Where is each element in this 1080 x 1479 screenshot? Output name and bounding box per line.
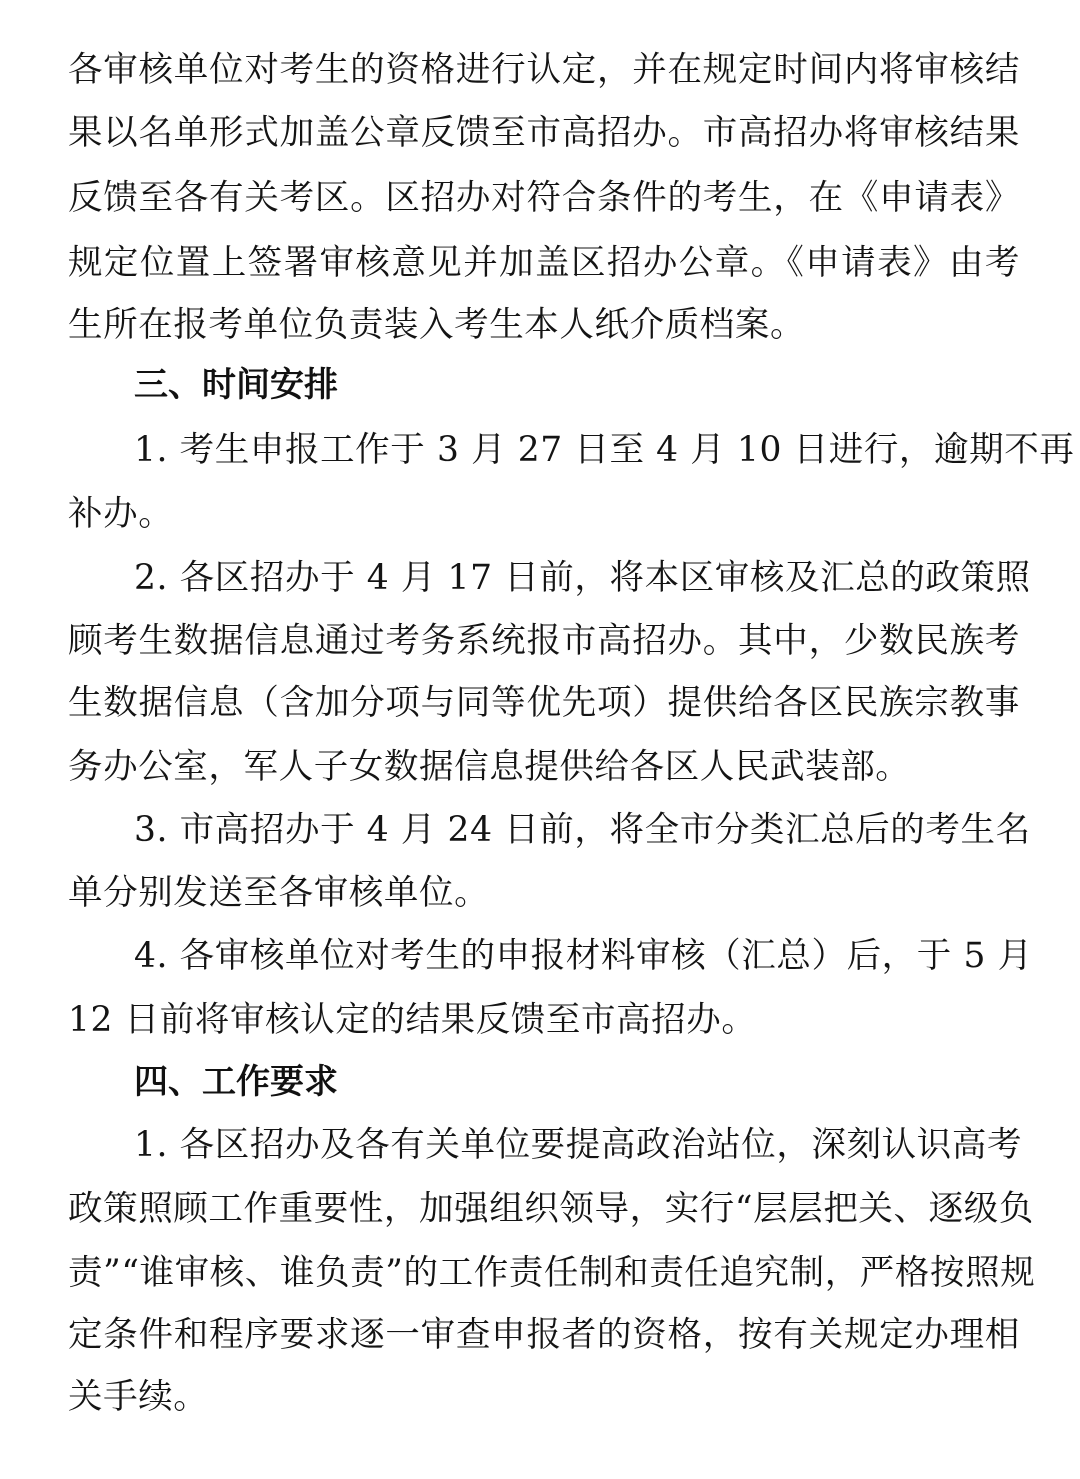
list-item-line: 单分别发送至各审核单位。 [68, 868, 1020, 918]
section-heading-work-requirements: 四、工作要求 [134, 1057, 338, 1107]
list-item-line: 务办公室，军人子女数据信息提供给各区人民武装部。 [68, 742, 1020, 792]
paragraph-line: 反馈至各有关考区。区招办对符合条件的考生，在《申请表》 [68, 173, 1020, 223]
section-heading-time-schedule: 三、时间安排 [134, 360, 338, 410]
list-item-line: 1. 考生申报工作于 3 月 27 日至 4 月 10 日进行，逾期不再 [134, 425, 1020, 475]
list-item-line: 补办。 [68, 489, 1020, 539]
paragraph-line: 果以名单形式加盖公章反馈至市高招办。市高招办将审核结果 [68, 108, 1020, 158]
document-page: 各审核单位对考生的资格进行认定，并在规定时间内将审核结 果以名单形式加盖公章反馈… [0, 0, 1080, 1479]
list-item-line: 4. 各审核单位对考生的申报材料审核（汇总）后，于 5 月 [134, 931, 1020, 981]
list-item-line: 1. 各区招办及各有关单位要提高政治站位，深刻认识高考 [134, 1120, 1020, 1170]
paragraph-line: 各审核单位对考生的资格进行认定，并在规定时间内将审核结 [68, 45, 1020, 95]
list-item-line: 顾考生数据信息通过考务系统报市高招办。其中，少数民族考 [68, 616, 1020, 666]
list-item-line: 定条件和程序要求逐一审查申报者的资格，按有关规定办理相 [68, 1310, 1020, 1360]
list-item-line: 3. 市高招办于 4 月 24 日前，将全市分类汇总后的考生名 [134, 805, 1020, 855]
paragraph-line: 生所在报考单位负责装入考生本人纸介质档案。 [68, 300, 1020, 350]
paragraph-line: 规定位置上签署审核意见并加盖区招办公章。《申请表》由考 [68, 238, 1020, 288]
list-item-line: 责”“谁审核、谁负责”的工作责任制和责任追究制，严格按照规 [68, 1248, 1020, 1298]
list-item-line: 关手续。 [68, 1372, 1020, 1422]
list-item-line: 生数据信息（含加分项与同等优先项）提供给各区民族宗教事 [68, 678, 1020, 728]
list-item-line: 12 日前将审核认定的结果反馈至市高招办。 [68, 995, 1020, 1045]
list-item-line: 2. 各区招办于 4 月 17 日前，将本区审核及汇总的政策照 [134, 553, 1020, 603]
list-item-line: 政策照顾工作重要性，加强组织领导，实行“层层把关、逐级负 [68, 1184, 1020, 1234]
